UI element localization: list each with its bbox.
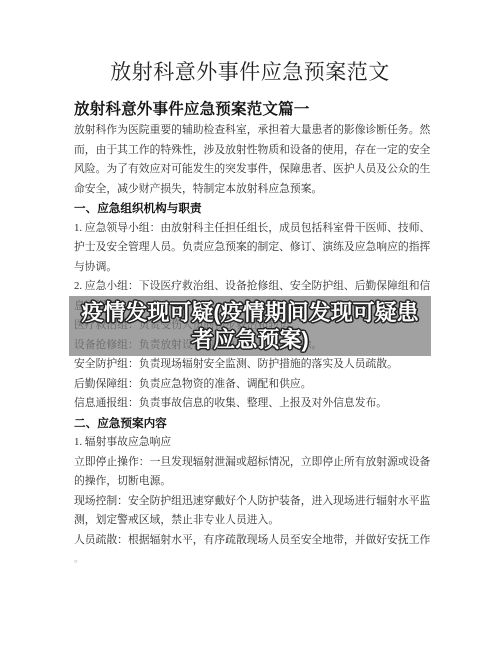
body-line: 与协调。 [74,258,431,278]
body-line: 放射科作为医院重要的辅助检查科室，承担着大量患者的影像诊断任务。然 [74,121,431,141]
body-line: 命安全，减少财产损失，特制定本放射科应急预案。 [74,180,431,200]
watermark-overlay-band: 疫情发现可疑(疫情期间发现可疑患 者应急预案) [69,296,431,356]
body-line: 后勤保障组：负责应急物资的准备、调配和供应。 [74,375,431,395]
page-title: 放射科意外事件应急预案范文 [0,56,500,86]
body-line: 风险。为了有效应对可能发生的突发事件，保障患者、医护人员及公众的生 [74,160,431,180]
body-line: 1. 应急领导小组：由放射科主任担任组长，成员包括科室骨干医师、技师、 [74,219,431,239]
body-line: 的操作，切断电源。 [74,472,431,492]
body-line: 2. 应急小组：下设医疗救治组、设备抢修组、安全防护组、后勤保障组和信 [74,277,431,297]
watermark-text-line: 疫情发现可疑(疫情期间发现可疑患 [81,299,418,327]
section-heading: 一、应急组织机构与职责 [74,199,431,219]
document-page: 放射科意外事件应急预案范文 放射科意外事件应急预案范文篇一 放射科作为医院重要的… [0,0,500,647]
body-line: 安全防护组：负责现场辐射安全监测、防护措施的落实及人员疏散。 [74,355,431,375]
body-line: 护士及安全管理人员。负责应急预案的制定、修订、演练及应急响应的指挥 [74,238,431,258]
watermark-text-line: 者应急预案) [191,326,308,354]
body-line: 而，由于其工作的特殊性，涉及放射性物质和设备的使用，存在一定的安全 [74,141,431,161]
body-line: 1. 辐射事故应急响应 [74,433,431,453]
section-heading: 二、应急预案内容 [74,414,431,434]
section-subtitle: 放射科意外事件应急预案范文篇一 [74,97,310,119]
body-line: 人员疏散：根据辐射水平，有序疏散现场人员至安全地带，并做好安抚工作 [74,531,431,551]
body-line: 信息通报组：负责事故信息的收集、整理、上报及对外信息发布。 [74,394,431,414]
trailing-period-glyph: 。 [74,550,431,570]
body-line: 测，划定警戒区域，禁止非专业人员进入。 [74,511,431,531]
body-line: 现场控制：安全防护组迅速穿戴好个人防护装备，进入现场进行辐射水平监 [74,492,431,512]
body-line: 立即停止操作：一旦发现辐射泄漏或超标情况，立即停止所有放射源或设备 [74,453,431,473]
